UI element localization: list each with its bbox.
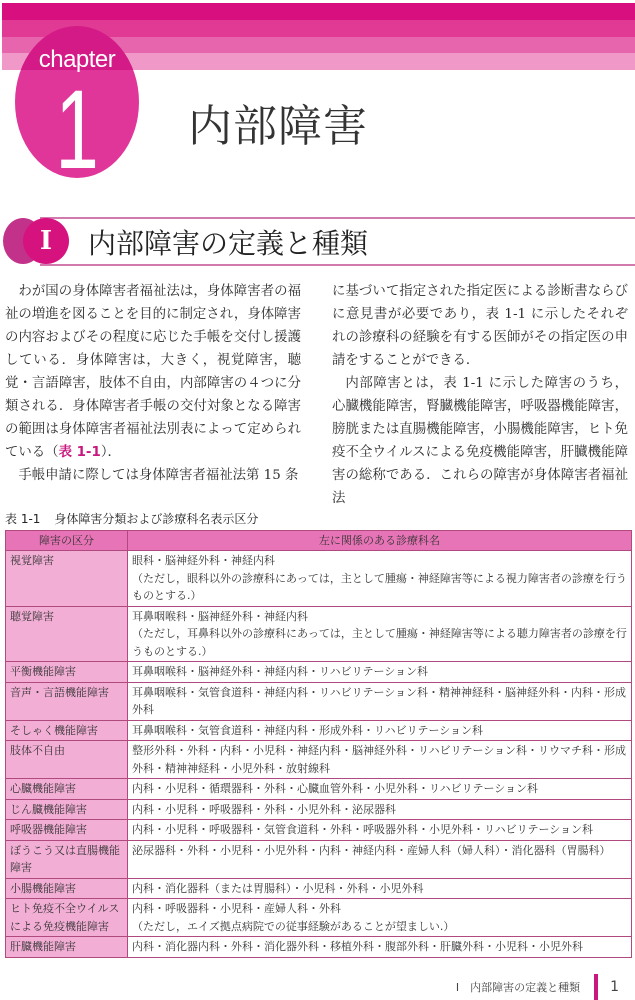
- table-row: 肢体不自由 整形外科・外科・内科・小児科・神経内科・脳神経外科・リハビリテーショ…: [6, 741, 632, 779]
- table-row: 心臓機能障害 内科・小児科・循環器科・外科・心臓血管外科・小児外科・リハビリテー…: [6, 779, 632, 800]
- table-row: 聴覚障害 耳鼻咽喉科・脳神経外科・神経内科（ただし，耳鼻科以外の診療科にあっては…: [6, 606, 632, 662]
- table-row: ヒト免疫不全ウイルスによる免疫機能障害 内科・呼吸器科・小児科・産婦人科・外科（…: [6, 899, 632, 937]
- table-row: 呼吸器機能障害 内科・小児科・呼吸器科・気管食道科・外科・呼吸器外科・小児外科・…: [6, 820, 632, 841]
- departments-text: 耳鼻咽喉科・脳神経外科・神経内科: [132, 608, 627, 626]
- category-cell: そしゃく機能障害: [6, 720, 128, 741]
- body-column-right: に基づいて指定された指定医による診断書ならびに意見書が必要であり，表 1-1 に…: [332, 280, 628, 510]
- note-text: （ただし，耳鼻科以外の診療科にあっては，主として腫瘍・神経障害等による聴力障害者…: [132, 625, 627, 660]
- category-cell: 肝臓機能障害: [6, 937, 128, 958]
- departments-cell: 内科・消化器内科・外科・消化器外科・移植外科・腹部外科・肝臓外科・小児科・小児外…: [128, 937, 632, 958]
- table-row: 肝臓機能障害 内科・消化器内科・外科・消化器外科・移植外科・腹部外科・肝臓外科・…: [6, 937, 632, 958]
- departments-cell: 眼科・脳神経外科・神経内科（ただし，眼科以外の診療科にあっては，主として腫瘍・神…: [128, 551, 632, 607]
- table-row: そしゃく機能障害 耳鼻咽喉科・気管食道科・神経内科・形成外科・リハビリテーション…: [6, 720, 632, 741]
- note-text: （ただし，エイズ拠点病院での従事経験があることが望ましい.）: [132, 918, 627, 936]
- category-cell: ぼうこう又は直腸機能障害: [6, 840, 128, 878]
- departments-cell: 内科・小児科・呼吸器科・気管食道科・外科・呼吸器外科・小児外科・リハビリテーショ…: [128, 820, 632, 841]
- section-title: 内部障害の定義と種類: [88, 222, 368, 262]
- departments-cell: 内科・小児科・循環器科・外科・心臓血管外科・小児外科・リハビリテーション科: [128, 779, 632, 800]
- chapter-number: 1: [34, 74, 121, 178]
- header-category: 障害の区分: [6, 531, 128, 551]
- table-row: じん臓機能障害 内科・小児科・呼吸器科・外科・小児外科・泌尿器科: [6, 799, 632, 820]
- table-caption: 表 1-1身体障害分類および診療科名表示区分: [5, 510, 258, 527]
- page-number: 1: [610, 979, 619, 995]
- chapter-badge: chapter 1: [15, 26, 139, 178]
- table-reference-link[interactable]: 表 1-1: [59, 445, 101, 460]
- body-column-left: わが国の身体障害者福祉法は，身体障害者の福祉の増進を図ることを目的に制定され，身…: [5, 280, 301, 487]
- paragraph: 内部障害とは，表 1-1 に示した障害のうち，心臓機能障害，腎臓機能障害，呼吸器…: [332, 372, 628, 510]
- departments-cell: 泌尿器科・外科・小児科・小児外科・内科・神経内科・産婦人科（婦人科）・消化器科（…: [128, 840, 632, 878]
- departments-cell: 耳鼻咽喉科・脳神経外科・神経内科・リハビリテーション科: [128, 662, 632, 683]
- footer-section-title: I 内部障害の定義と種類: [456, 979, 580, 995]
- paragraph: 手帳申請に際しては身体障害者福祉法第 15 条: [5, 464, 301, 487]
- table-number: 表 1-1: [5, 512, 40, 526]
- stripe: [2, 3, 635, 20]
- table-row: 小腸機能障害 内科・消化器科（または胃腸科）・小児科・外科・小児外科: [6, 878, 632, 899]
- table-row: 音声・言語機能障害 耳鼻咽喉科・気管食道科・神経内科・リハビリテーション科・精神…: [6, 682, 632, 720]
- table-row: 平衡機能障害 耳鼻咽喉科・脳神経外科・神経内科・リハビリテーション科: [6, 662, 632, 683]
- category-cell: 小腸機能障害: [6, 878, 128, 899]
- departments-cell: 耳鼻咽喉科・気管食道科・神経内科・リハビリテーション科・精神神経科・脳神経外科・…: [128, 682, 632, 720]
- header-departments: 左に関係のある診療科名: [128, 531, 632, 551]
- departments-cell: 耳鼻咽喉科・気管食道科・神経内科・形成外科・リハビリテーション科: [128, 720, 632, 741]
- table-row: 視覚障害 眼科・脳神経外科・神経内科（ただし，眼科以外の診療科にあっては，主とし…: [6, 551, 632, 607]
- paragraph-text: わが国の身体障害者福祉法は，身体障害者の福祉の増進を図ることを目的に制定され，身…: [5, 284, 301, 460]
- table-caption-text: 身体障害分類および診療科名表示区分: [54, 512, 258, 526]
- table-row: ぼうこう又は直腸機能障害 泌尿器科・外科・小児科・小児外科・内科・神経内科・産婦…: [6, 840, 632, 878]
- section-rule-bottom: [40, 264, 635, 266]
- paragraph: に基づいて指定された指定医による診断書ならびに意見書が必要であり，表 1-1 に…: [332, 280, 628, 372]
- departments-cell: 耳鼻咽喉科・脳神経外科・神経内科（ただし，耳鼻科以外の診療科にあっては，主として…: [128, 606, 632, 662]
- category-cell: 心臓機能障害: [6, 779, 128, 800]
- category-cell: ヒト免疫不全ウイルスによる免疫機能障害: [6, 899, 128, 937]
- table-header-row: 障害の区分 左に関係のある診療科名: [6, 531, 632, 551]
- departments-cell: 内科・呼吸器科・小児科・産婦人科・外科（ただし，エイズ拠点病院での従事経験がある…: [128, 899, 632, 937]
- departments-cell: 整形外科・外科・内科・小児科・神経内科・脳神経外科・リハビリテーション科・リウマ…: [128, 741, 632, 779]
- category-cell: 聴覚障害: [6, 606, 128, 662]
- departments-cell: 内科・消化器科（または胃腸科）・小児科・外科・小児外科: [128, 878, 632, 899]
- paragraph-text: ）．: [101, 445, 121, 460]
- category-cell: 音声・言語機能障害: [6, 682, 128, 720]
- disability-table: 障害の区分 左に関係のある診療科名 視覚障害 眼科・脳神経外科・神経内科（ただし…: [5, 530, 632, 958]
- paragraph: わが国の身体障害者福祉法は，身体障害者の福祉の増進を図ることを目的に制定され，身…: [5, 280, 301, 464]
- note-text: （ただし，眼科以外の診療科にあっては，主として腫瘍・神経障害等による視力障害者の…: [132, 570, 627, 605]
- category-cell: 呼吸器機能障害: [6, 820, 128, 841]
- section-rule-top: [40, 217, 635, 219]
- category-cell: 視覚障害: [6, 551, 128, 607]
- section-numeral-badge: I: [23, 218, 69, 264]
- category-cell: 肢体不自由: [6, 741, 128, 779]
- footer-divider-bar: [594, 974, 598, 1000]
- departments-text: 眼科・脳神経外科・神経内科: [132, 552, 627, 570]
- departments-text: 内科・呼吸器科・小児科・産婦人科・外科: [132, 900, 627, 918]
- departments-cell: 内科・小児科・呼吸器科・外科・小児外科・泌尿器科: [128, 799, 632, 820]
- chapter-title: 内部障害: [188, 90, 368, 154]
- page-footer: I 内部障害の定義と種類 1: [456, 974, 619, 1000]
- category-cell: じん臓機能障害: [6, 799, 128, 820]
- category-cell: 平衡機能障害: [6, 662, 128, 683]
